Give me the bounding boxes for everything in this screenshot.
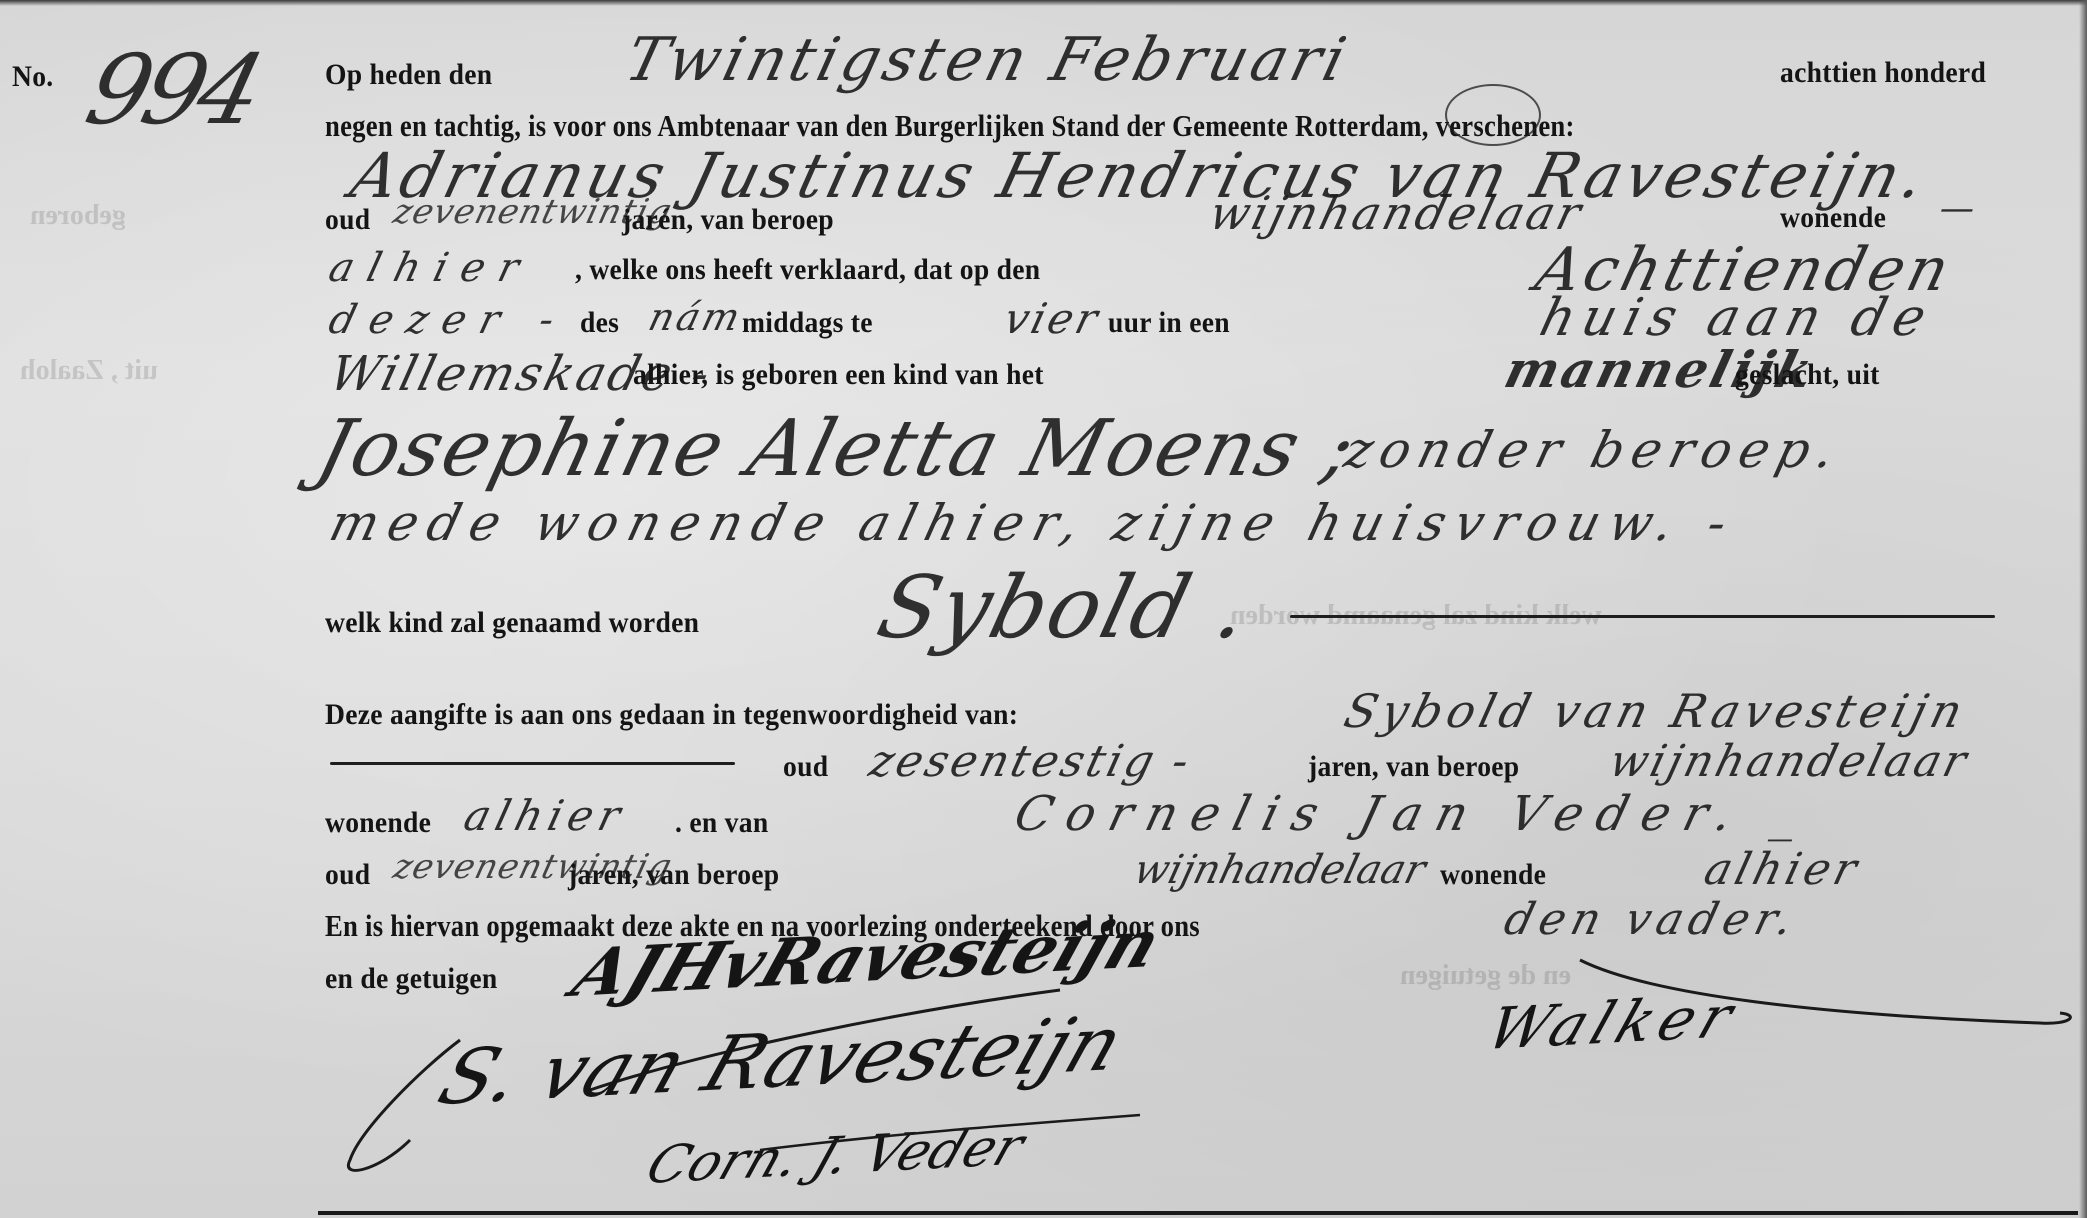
hand-witness2-occupation: wijnhandelaar bbox=[1130, 850, 1429, 890]
hand-witness1-occupation: wijnhandelaar bbox=[1605, 740, 1973, 784]
hand-hour: vier bbox=[1000, 298, 1105, 340]
hand-witness1-name: Sybold van Ravesteijn bbox=[1340, 688, 1972, 734]
hand-mother-name: Josephine Aletta Moens ; bbox=[310, 410, 1364, 488]
print-welke-ons-heeft-verklaard: , welke ons heeft verklaard, dat op den bbox=[575, 255, 1040, 285]
ink-flourish bbox=[1445, 84, 1541, 146]
print-uur-in-een: uur in een bbox=[1108, 308, 1230, 338]
record-number-value: 994 bbox=[78, 42, 267, 138]
print-jaren-van-beroep-2: jaren, van beroep bbox=[1308, 752, 1519, 782]
hand-mede-wonende-alhier: mede wonende alhier, zijne huisvrouw. - bbox=[325, 498, 1742, 548]
print-jaren-van-beroep-3: jaren, van beroep bbox=[568, 860, 779, 890]
print-en-van: . en van bbox=[675, 808, 768, 838]
birth-record-page: geboren uit , Zaaloh welk kind zal genaa… bbox=[0, 0, 2087, 1218]
page-right-edge bbox=[2079, 0, 2087, 1218]
hand-signed-by: den vader. bbox=[1500, 898, 1803, 942]
print-en-de-getuigen: en de getuigen bbox=[325, 964, 498, 994]
signature-underline-stroke bbox=[760, 1115, 1160, 1155]
print-des: des bbox=[580, 308, 619, 338]
signature-official-flourish bbox=[1570, 955, 2087, 1035]
print-welk-kind-zal-genaamd-worden: welk kind zal genaamd worden bbox=[325, 608, 699, 638]
hand-witness1-residence: alhier bbox=[460, 795, 630, 837]
hand-month: dezer - bbox=[325, 300, 572, 340]
print-line2: negen en tachtig, is voor ons Ambtenaar … bbox=[325, 110, 1575, 141]
print-wonende: wonende bbox=[1780, 203, 1886, 233]
hand-residence: alhier bbox=[325, 248, 537, 288]
signature-flourish-stroke bbox=[340, 1030, 600, 1180]
print-op-heden-den: Op heden den bbox=[325, 60, 492, 90]
page-top-edge bbox=[0, 0, 2087, 6]
print-jaren-van-beroep: jarén, van beroep bbox=[622, 205, 834, 235]
blank-line-rule bbox=[1290, 615, 1995, 618]
print-deze-aangifte: Deze aangifte is aan ons gedaan in tegen… bbox=[325, 700, 1018, 730]
blank-line-rule bbox=[330, 762, 735, 765]
print-oud-2: oud bbox=[783, 752, 828, 782]
print-oud-3: oud bbox=[325, 860, 370, 890]
hand-place: huis aan de bbox=[1535, 292, 1939, 344]
page-bottom-rule bbox=[318, 1211, 2078, 1215]
hand-time-of-day: nám bbox=[645, 298, 747, 336]
print-oud: oud bbox=[325, 205, 370, 235]
print-geslacht-uit: geslacht, uit bbox=[1735, 360, 1880, 390]
bleed-through-text: uit , Zaaloh bbox=[20, 355, 158, 387]
print-wonende-2: wonende bbox=[325, 808, 431, 838]
print-alhier-is-geboren: alhier, is geboren een kind van het bbox=[633, 360, 1044, 390]
hand-date: Twintigsten Februari bbox=[620, 30, 1355, 90]
hand-witness2-residence: alhier bbox=[1700, 848, 1865, 892]
hand-witness2-name: Cornelis Jan Veder. _ bbox=[1010, 790, 1818, 838]
print-middags-te: middags te bbox=[742, 308, 873, 338]
hand-child-name: Sybold . bbox=[870, 565, 1259, 651]
record-number-label: No. bbox=[12, 62, 53, 92]
print-wonende-3: wonende bbox=[1440, 860, 1546, 890]
bleed-through-text: en de getuigen bbox=[1400, 960, 1571, 992]
bleed-through-text: geboren bbox=[30, 200, 126, 232]
hand-mother-occupation: zonder beroep. bbox=[1340, 425, 1848, 475]
hand-occupation: wijnhandelaar bbox=[1205, 190, 1588, 236]
print-achttien-honderd: achttien honderd bbox=[1780, 58, 1986, 88]
hand-witness1-age: zesentestig - bbox=[865, 740, 1196, 784]
